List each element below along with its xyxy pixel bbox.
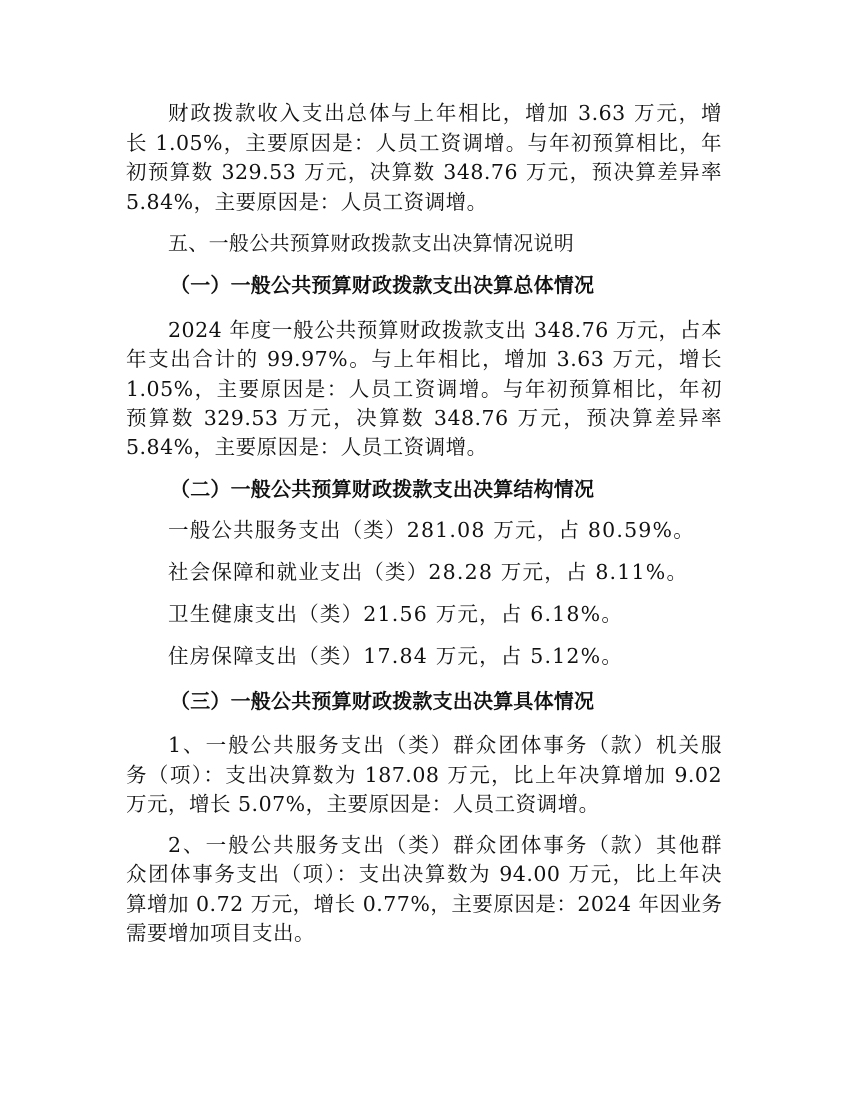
text-line: 2024 年度一般公共预算财政拨款支出 348.76 万元，占本 [168, 315, 722, 345]
subsection-heading-details: （三）一般公共预算财政拨款支出决算具体情况 [170, 686, 594, 716]
text-line: 务（项）：支出决算数为 187.08 万元，比上年决算增加 9.02 [126, 760, 722, 790]
subsection-heading-overall: （一）一般公共预算财政拨款支出决算总体情况 [170, 270, 594, 300]
text-line: 初预算数 329.53 万元，决算数 348.76 万元，预决算差异率 [126, 157, 722, 187]
structure-item-social-security: 社会保障和就业支出（类）28.28 万元，占 8.11%。 [168, 557, 688, 587]
text-line: 1、一般公共服务支出（类）群众团体事务（款）机关服 [168, 730, 722, 760]
text-line: 1.05%，主要原因是：人员工资调增。与年初预算相比，年初 [126, 374, 722, 404]
text-line: 众团体事务支出（项）：支出决算数为 94.00 万元，比上年决 [126, 859, 722, 889]
text-line: 万元，增长 5.07%，主要原因是：人员工资调增。 [126, 789, 722, 819]
text-line: 2、一般公共服务支出（类）群众团体事务（款）其他群 [168, 830, 722, 860]
text-line: 5.84%，主要原因是：人员工资调增。 [126, 432, 722, 462]
text-line: 预算数 329.53 万元，决算数 348.76 万元，预决算差异率 [126, 403, 722, 433]
text-line: 财政拨款收入支出总体与上年相比，增加 3.63 万元，增 [168, 98, 722, 128]
text-line: 需要增加项目支出。 [126, 918, 722, 948]
section-heading: 五、一般公共预算财政拨款支出决算情况说明 [168, 228, 574, 258]
structure-item-health: 卫生健康支出（类）21.56 万元，占 6.18%。 [168, 599, 623, 629]
structure-item-housing: 住房保障支出（类）17.84 万元，占 5.12%。 [168, 641, 623, 671]
text-line: 5.84%，主要原因是：人员工资调增。 [126, 187, 722, 217]
text-line: 年支出合计的 99.97%。与上年相比，增加 3.63 万元，增长 [126, 344, 722, 374]
subsection-heading-structure: （二）一般公共预算财政拨款支出决算结构情况 [170, 474, 594, 504]
document-page: 财政拨款收入支出总体与上年相比，增加 3.63 万元，增 长 1.05%，主要原… [0, 0, 850, 1100]
text-line: 长 1.05%，主要原因是：人员工资调增。与年初预算相比，年 [126, 128, 722, 158]
text-line: 算增加 0.72 万元，增长 0.77%，主要原因是：2024 年因业务 [126, 889, 722, 919]
structure-item-general-public-services: 一般公共服务支出（类）281.08 万元，占 80.59%。 [168, 515, 695, 545]
